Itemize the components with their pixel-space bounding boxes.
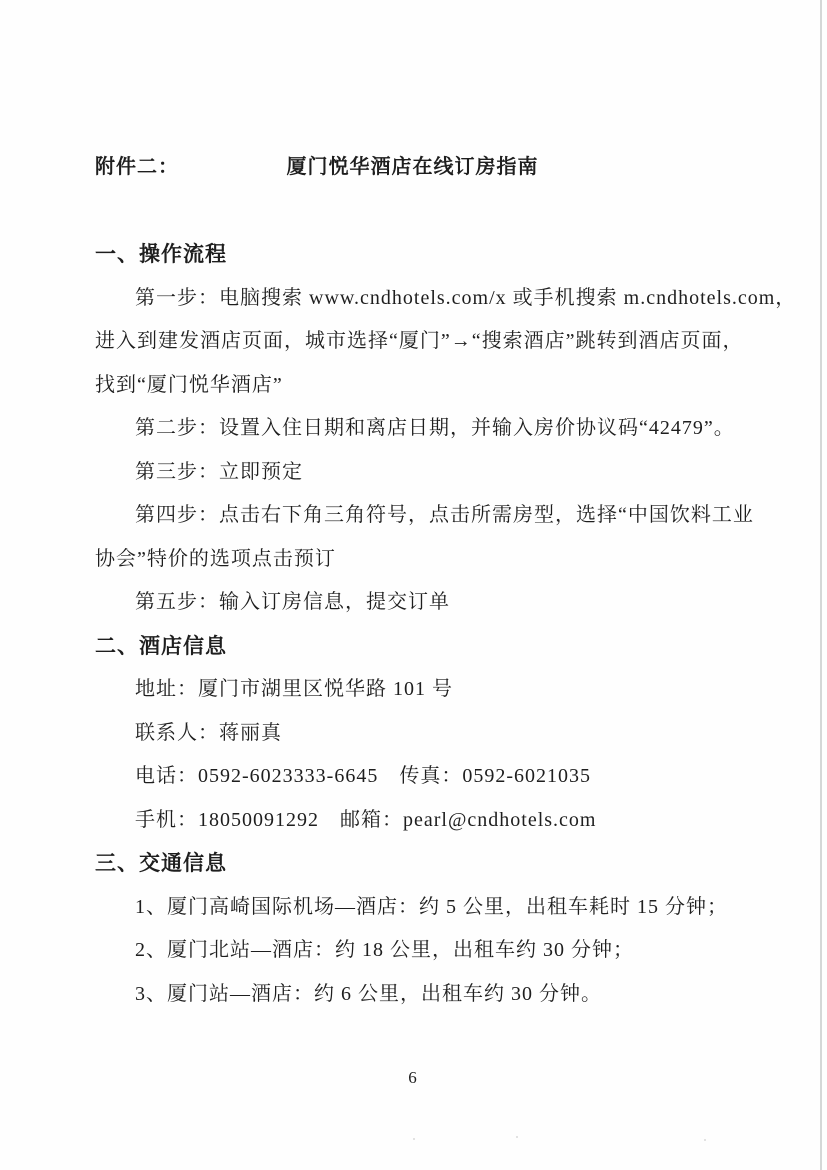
scan-artifact-line (820, 0, 822, 1170)
step-5-paragraph: 第五步：输入订房信息，提交订单 (95, 581, 735, 625)
hotel-address-line: 地址：厦门市湖里区悦华路 101 号 (95, 668, 735, 712)
hotel-contact-person-line: 联系人：蒋丽真 (95, 712, 735, 756)
scan-speck (704, 1139, 706, 1141)
step-1-paragraph: 第一步：电脑搜索 www.cndhotels.com/x 或手机搜索 m.cnd… (95, 277, 735, 408)
scan-speck (516, 1136, 518, 1138)
page-number: 6 (95, 1068, 730, 1088)
section-heading-hotel-info: 二、酒店信息 (95, 625, 735, 669)
hotel-mobile-email-line: 手机：18050091292 邮箱：pearl@cndhotels.com (95, 799, 735, 843)
section-heading-operation-flow: 一、操作流程 (95, 233, 735, 277)
step-2-paragraph: 第二步：设置入住日期和离店日期，并输入房价协议码“42479”。 (95, 407, 735, 451)
hotel-phone-fax-line: 电话：0592-6023333-6645 传真：0592-6021035 (95, 755, 735, 799)
document-title: 厦门悦华酒店在线订房指南 (95, 150, 730, 179)
attachment-label: 附件二： (95, 150, 179, 179)
transport-airport-line: 1、厦门高崎国际机场—酒店：约 5 公里，出租车耗时 15 分钟； (95, 886, 735, 930)
section-heading-transport-info: 三、交通信息 (95, 842, 735, 886)
document-page: 附件二： 厦门悦华酒店在线订房指南 一、操作流程 第一步：电脑搜索 www.cn… (0, 0, 827, 1170)
scan-speck (413, 1138, 415, 1140)
transport-xiamen-station-line: 3、厦门站—酒店：约 6 公里，出租车约 30 分钟。 (95, 973, 735, 1017)
step-3-paragraph: 第三步：立即预定 (95, 451, 735, 495)
document-body: 一、操作流程 第一步：电脑搜索 www.cndhotels.com/x 或手机搜… (95, 233, 735, 1016)
step-4-paragraph: 第四步：点击右下角三角符号，点击所需房型，选择“中国饮料工业 协会”特价的选项点… (95, 494, 735, 581)
transport-north-station-line: 2、厦门北站—酒店：约 18 公里，出租车约 30 分钟； (95, 929, 735, 973)
document-header: 附件二： 厦门悦华酒店在线订房指南 (95, 150, 730, 179)
